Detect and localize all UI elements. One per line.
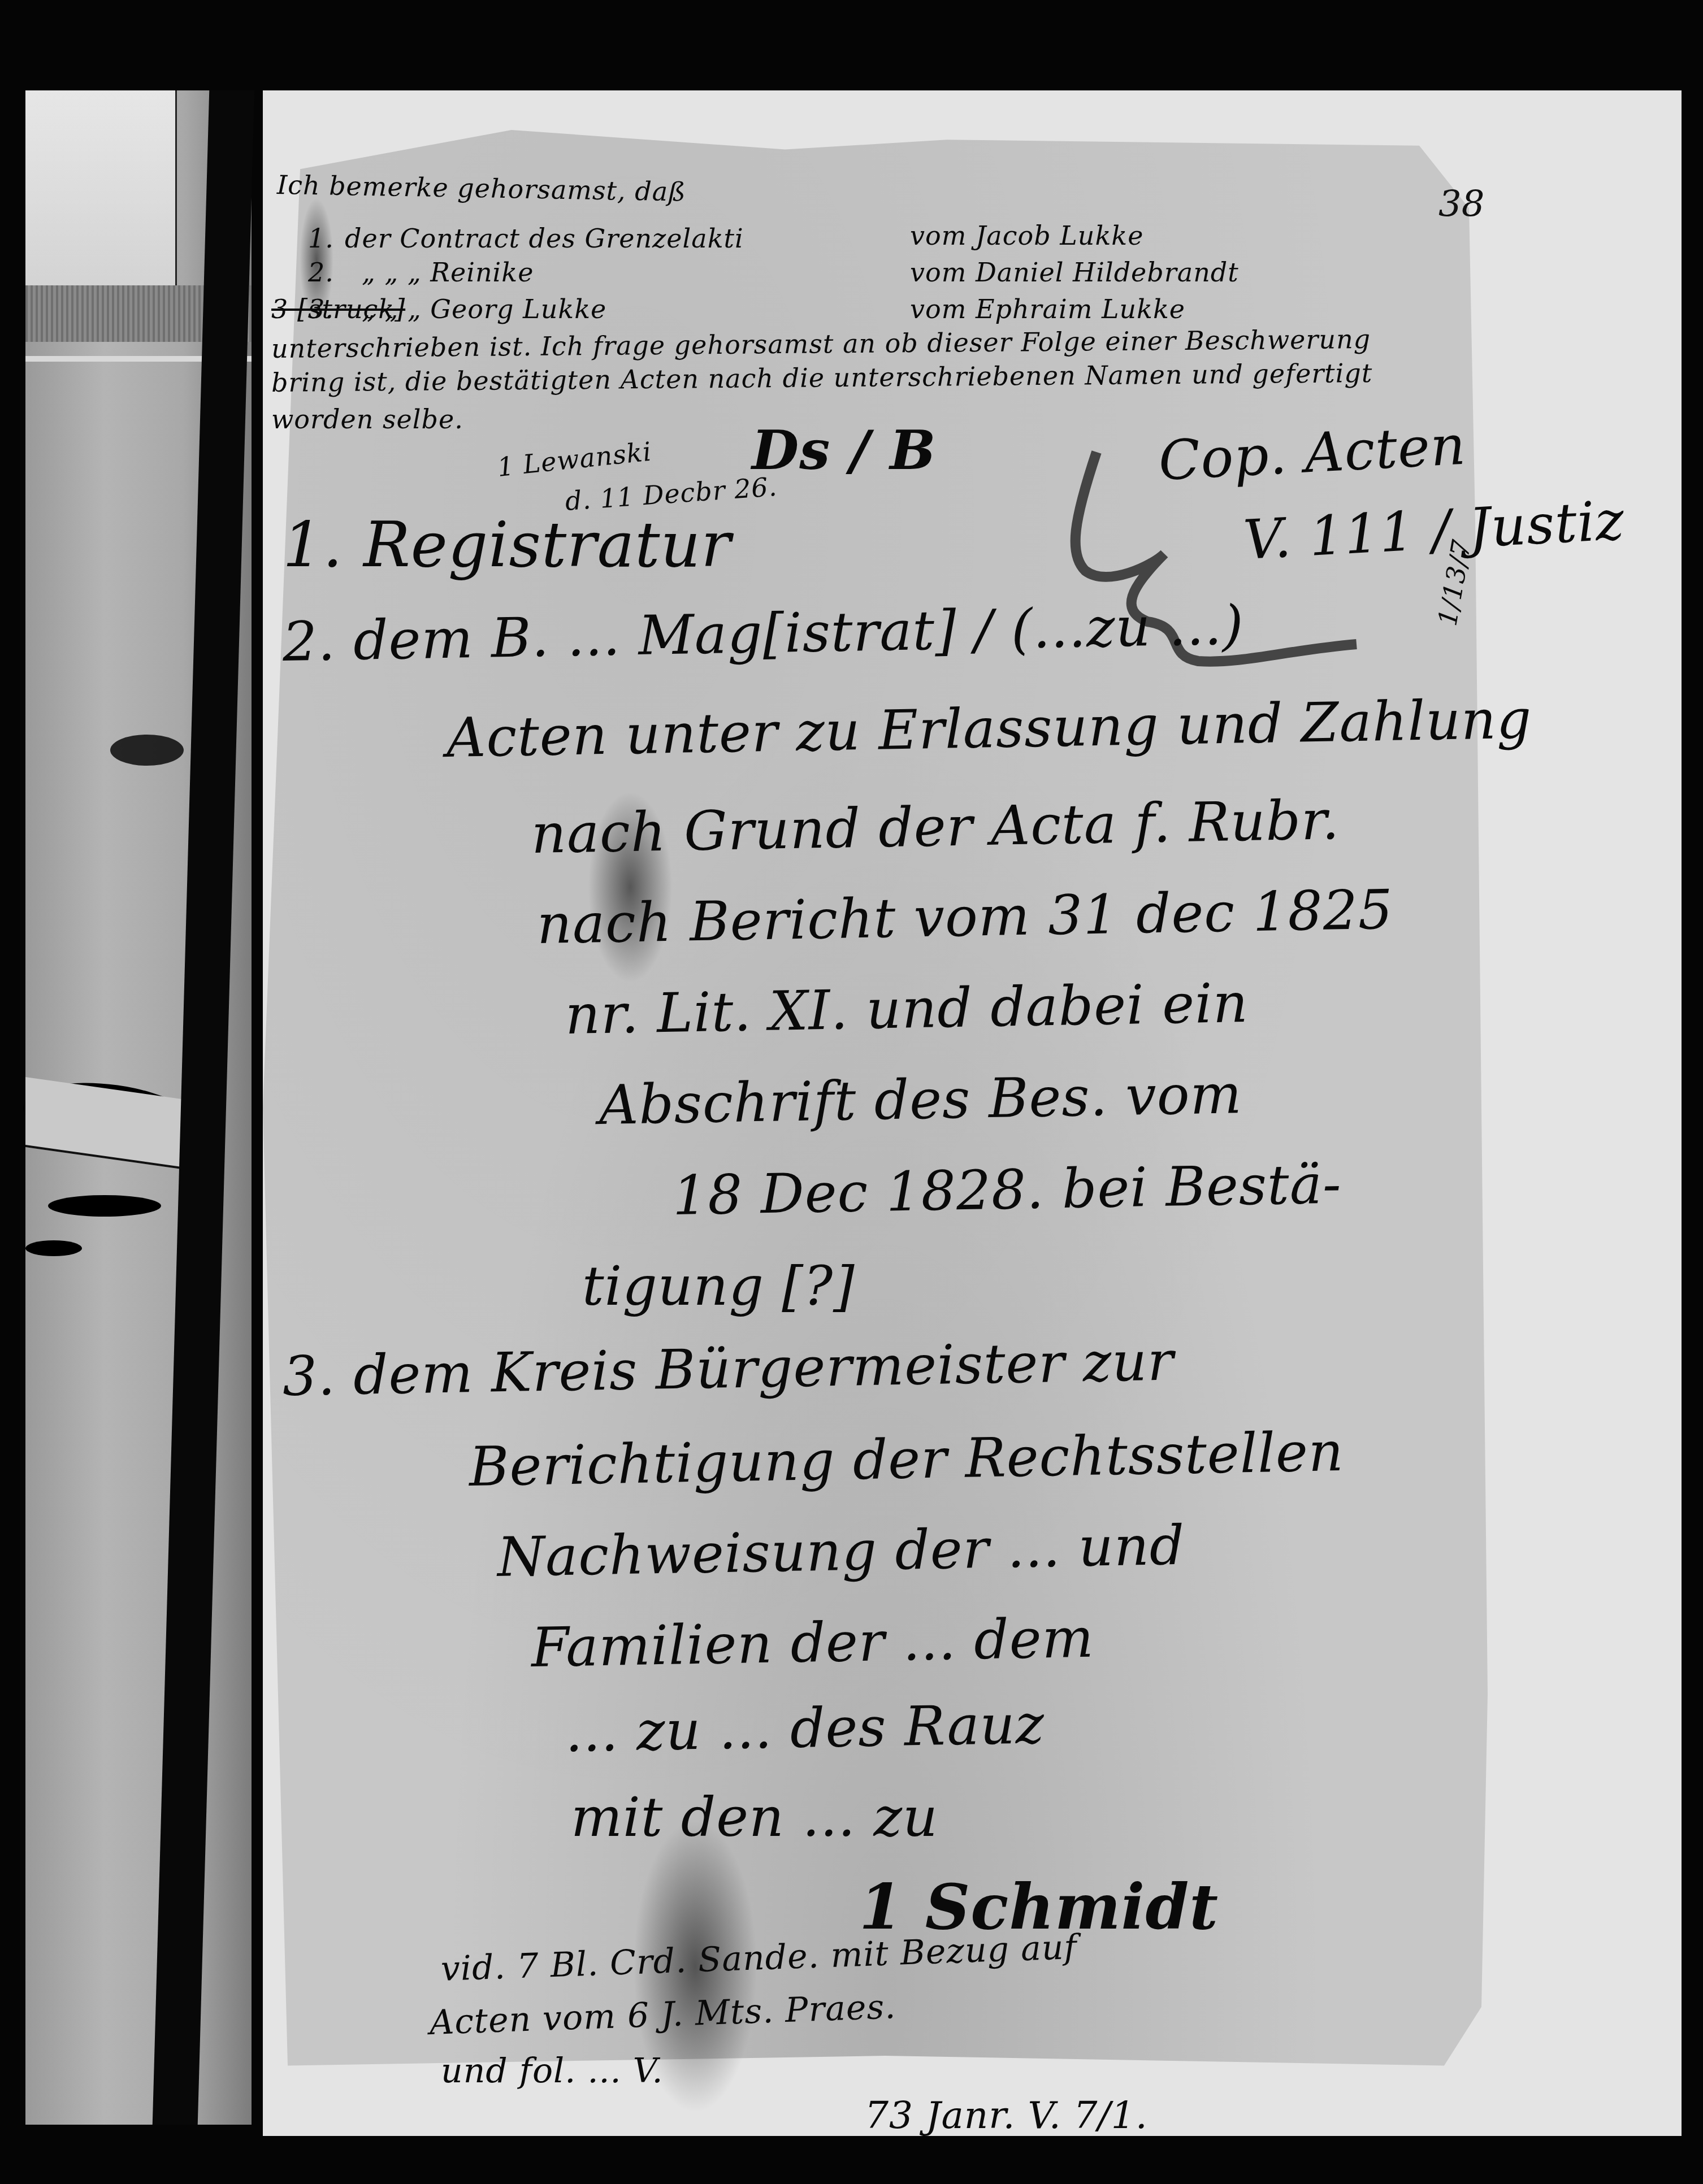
item-2-number: 2. xyxy=(308,257,334,288)
ink-blot xyxy=(25,1240,82,1256)
item-2-recipient: vom Daniel Hildebrandt xyxy=(910,257,1239,288)
section-2-line-5: nr. Lit. XI. und dabei ein xyxy=(565,971,1249,1047)
ink-blot xyxy=(48,1195,161,1217)
item-2-text: „ „ „ Reinike xyxy=(362,257,534,288)
folio-number: 38 xyxy=(1438,184,1484,225)
section-2-line-7: 18 Dec 1828. bei Bestä- xyxy=(672,1152,1342,1227)
section-3-line-4: Familien der ... dem xyxy=(531,1606,1094,1679)
closing-line-4: 73 Janr. V. 7/1. xyxy=(865,2094,1148,2137)
item-1-recipient: vom Jacob Lukke xyxy=(910,220,1143,251)
section-2-line-8: tigung [?] xyxy=(582,1254,855,1318)
item-3-number: 3. xyxy=(308,294,334,324)
section-3-line-5: ... zu ... des Rauz xyxy=(565,1692,1045,1764)
item-1-number: 1. xyxy=(308,223,334,254)
section-3-line-6: mit den ... zu xyxy=(571,1786,938,1849)
ink-blot xyxy=(110,735,184,766)
closing-line-3: und fol. ... V. xyxy=(441,2051,664,2091)
paragraph-line-3: worden selbe. xyxy=(271,404,463,435)
item-3-text: „ „ „ Georg Lukke xyxy=(362,294,606,324)
section-3-line-3: Nachweisung der ... und xyxy=(497,1514,1185,1589)
initials-signature: Ds / B xyxy=(752,418,936,482)
section-2-line-6: Abschrift des Bes. vom xyxy=(599,1062,1242,1137)
strip-top-paper xyxy=(25,90,177,299)
item-1-text: der Contract des Grenzelakti xyxy=(345,223,744,254)
item-3-recipient: vom Ephraim Lukke xyxy=(910,294,1185,324)
section-1-heading: 1. Registratur xyxy=(283,509,731,581)
